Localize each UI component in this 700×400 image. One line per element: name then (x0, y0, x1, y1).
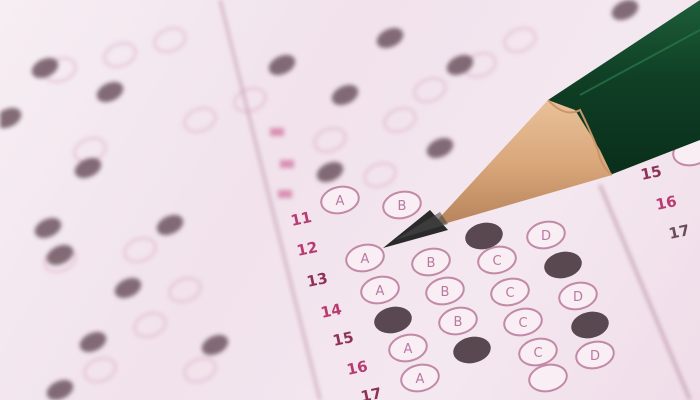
pencil (0, 0, 700, 400)
answer-sheet-photo: 11 12 13 14 15 16 17 15 16 17 (0, 0, 700, 400)
